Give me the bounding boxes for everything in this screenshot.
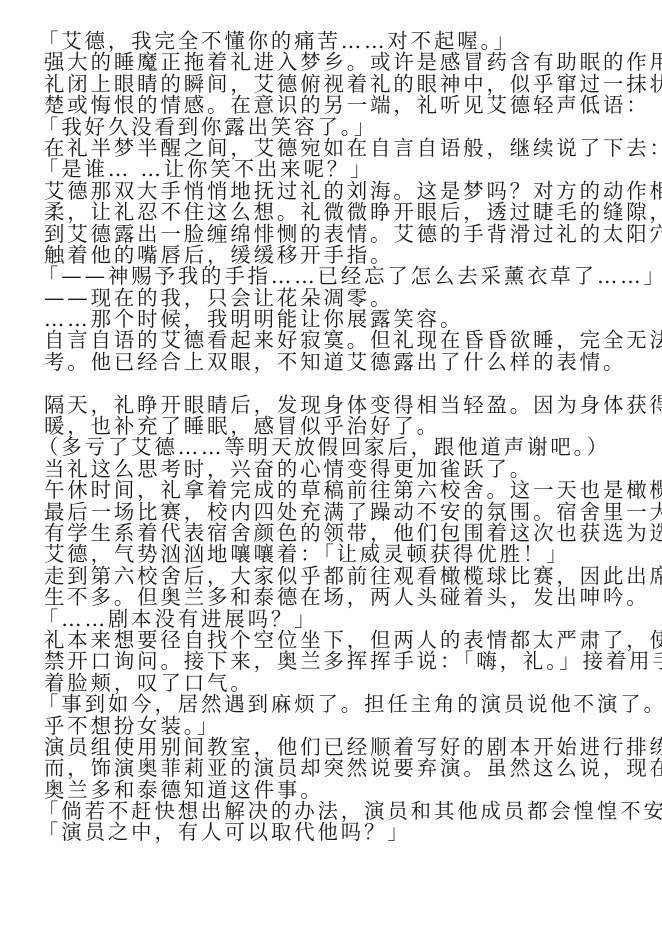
text-line: 礼闭上眼睛的瞬间，艾德俯视着礼的眼神中，似乎窜过一抹状似痛: [44, 74, 624, 95]
text-line: 生不多。但奥兰多和泰德在场，两人头碰着头，发出呻吟。: [44, 587, 624, 608]
text-line: 艾德，气势汹汹地嚷嚷着：「让威灵顿获得优胜！」: [44, 544, 624, 565]
text-line: 「倘若不赶快想出解决的办法，演员和其他成员都会惶惶不安。」: [38, 801, 624, 822]
text-line: 有学生系着代表宿舍颜色的领带，他们包围着这次也获选为选手的: [44, 523, 624, 544]
text-line: 乎不想扮女装。」: [44, 716, 624, 737]
text-line: 「事到如今，居然遇到麻烦了。担任主角的演员说他不演了。他似: [38, 694, 624, 715]
text-line: 到艾德露出一脸缠绵悱恻的表情。艾德的手背滑过礼的太阳穴，轻: [44, 224, 624, 245]
text-line: 考。他已经合上双眼，不知道艾德露出了什么样的表情。: [44, 352, 624, 373]
paragraph-break: [44, 373, 624, 394]
text-line: 演员组使用别间教室，他们已经顺着写好的剧本开始进行排练。然: [44, 737, 624, 758]
text-line: ——现在的我，只会让花朵凋零。: [44, 288, 624, 309]
text-line: 自言自语的艾德看起来好寂寞。但礼现在昏昏欲睡，完全无法思: [44, 330, 624, 351]
text-line: 楚或悔恨的情感。在意识的另一端，礼听见艾德轻声低语：: [44, 95, 624, 116]
text-line: 触着他的嘴唇后，缓缓移开手指。: [44, 245, 624, 266]
text-line: （多亏了艾德……等明天放假回家后，跟他道声谢吧。）: [38, 437, 624, 458]
text-line: 隔天，礼睁开眼睛后，发现身体变得相当轻盈。因为身体获得了温: [44, 395, 624, 416]
text-line: 着脸颊，叹了口气。: [44, 673, 624, 694]
text-line: 当礼这么思考时，兴奋的心情变得更加雀跃了。: [44, 459, 624, 480]
text-line: 禁开口询问。接下来，奥兰多挥挥手说：「嗨，礼。」接着用手支: [44, 651, 624, 672]
text-line: 而，饰演奥菲莉亚的演员却突然说要弃演。虽然这么说，现在只有: [44, 758, 624, 779]
text-line: 奥兰多和泰德知道这件事。: [44, 780, 624, 801]
text-line: 强大的睡魔正拖着礼进入梦乡。或许是感冒药含有助眠的作用吧。: [44, 52, 624, 73]
document-page: 「艾德，我完全不懂你的痛苦……对不起喔。」 强大的睡魔正拖着礼进入梦乡。或许是感…: [44, 31, 624, 844]
text-line: 在礼半梦半醒之间，艾德宛如在自言自语般，继续说了下去：: [44, 138, 624, 159]
text-line: 「是谁… …让你笑不出来呢？」: [38, 159, 624, 180]
text-line: 「我好久没看到你露出笑容了。」: [38, 117, 624, 138]
text-line: 「艾德，我完全不懂你的痛苦……对不起喔。」: [38, 31, 624, 52]
text-line: 午休时间，礼拿着完成的草稿前往第六校舍。这一天也是橄榄球的: [44, 480, 624, 501]
text-line: 暖，也补充了睡眠，感冒似乎治好了。: [44, 416, 624, 437]
text-line: ……那个时候，我明明能让你展露笑容。: [44, 309, 624, 330]
text-line: 走到第六校舍后，大家似乎都前往观看橄榄球比赛，因此出席的学: [44, 566, 624, 587]
text-line: 「……剧本没有进展吗？」: [38, 609, 624, 630]
text-line: 最后一场比赛，校内四处充满了躁动不安的氛围。宿舍里一大早就: [44, 502, 624, 523]
text-line: 「——神赐予我的手指……已经忘了怎么去采薰衣草了……」: [38, 266, 624, 287]
text-line: 艾德那双大手悄悄地抚过礼的刘海。这是梦吗？对方的动作相当温: [44, 181, 624, 202]
text-line: 「演员之中，有人可以取代他吗？」: [38, 822, 624, 843]
text-line: 礼本来想要径自找个空位坐下，但两人的表情都太严肃了，使他不: [44, 630, 624, 651]
text-line: 柔，让礼忍不住这么想。礼微微睁开眼后，透过睫毛的缝隙，他看: [44, 202, 624, 223]
